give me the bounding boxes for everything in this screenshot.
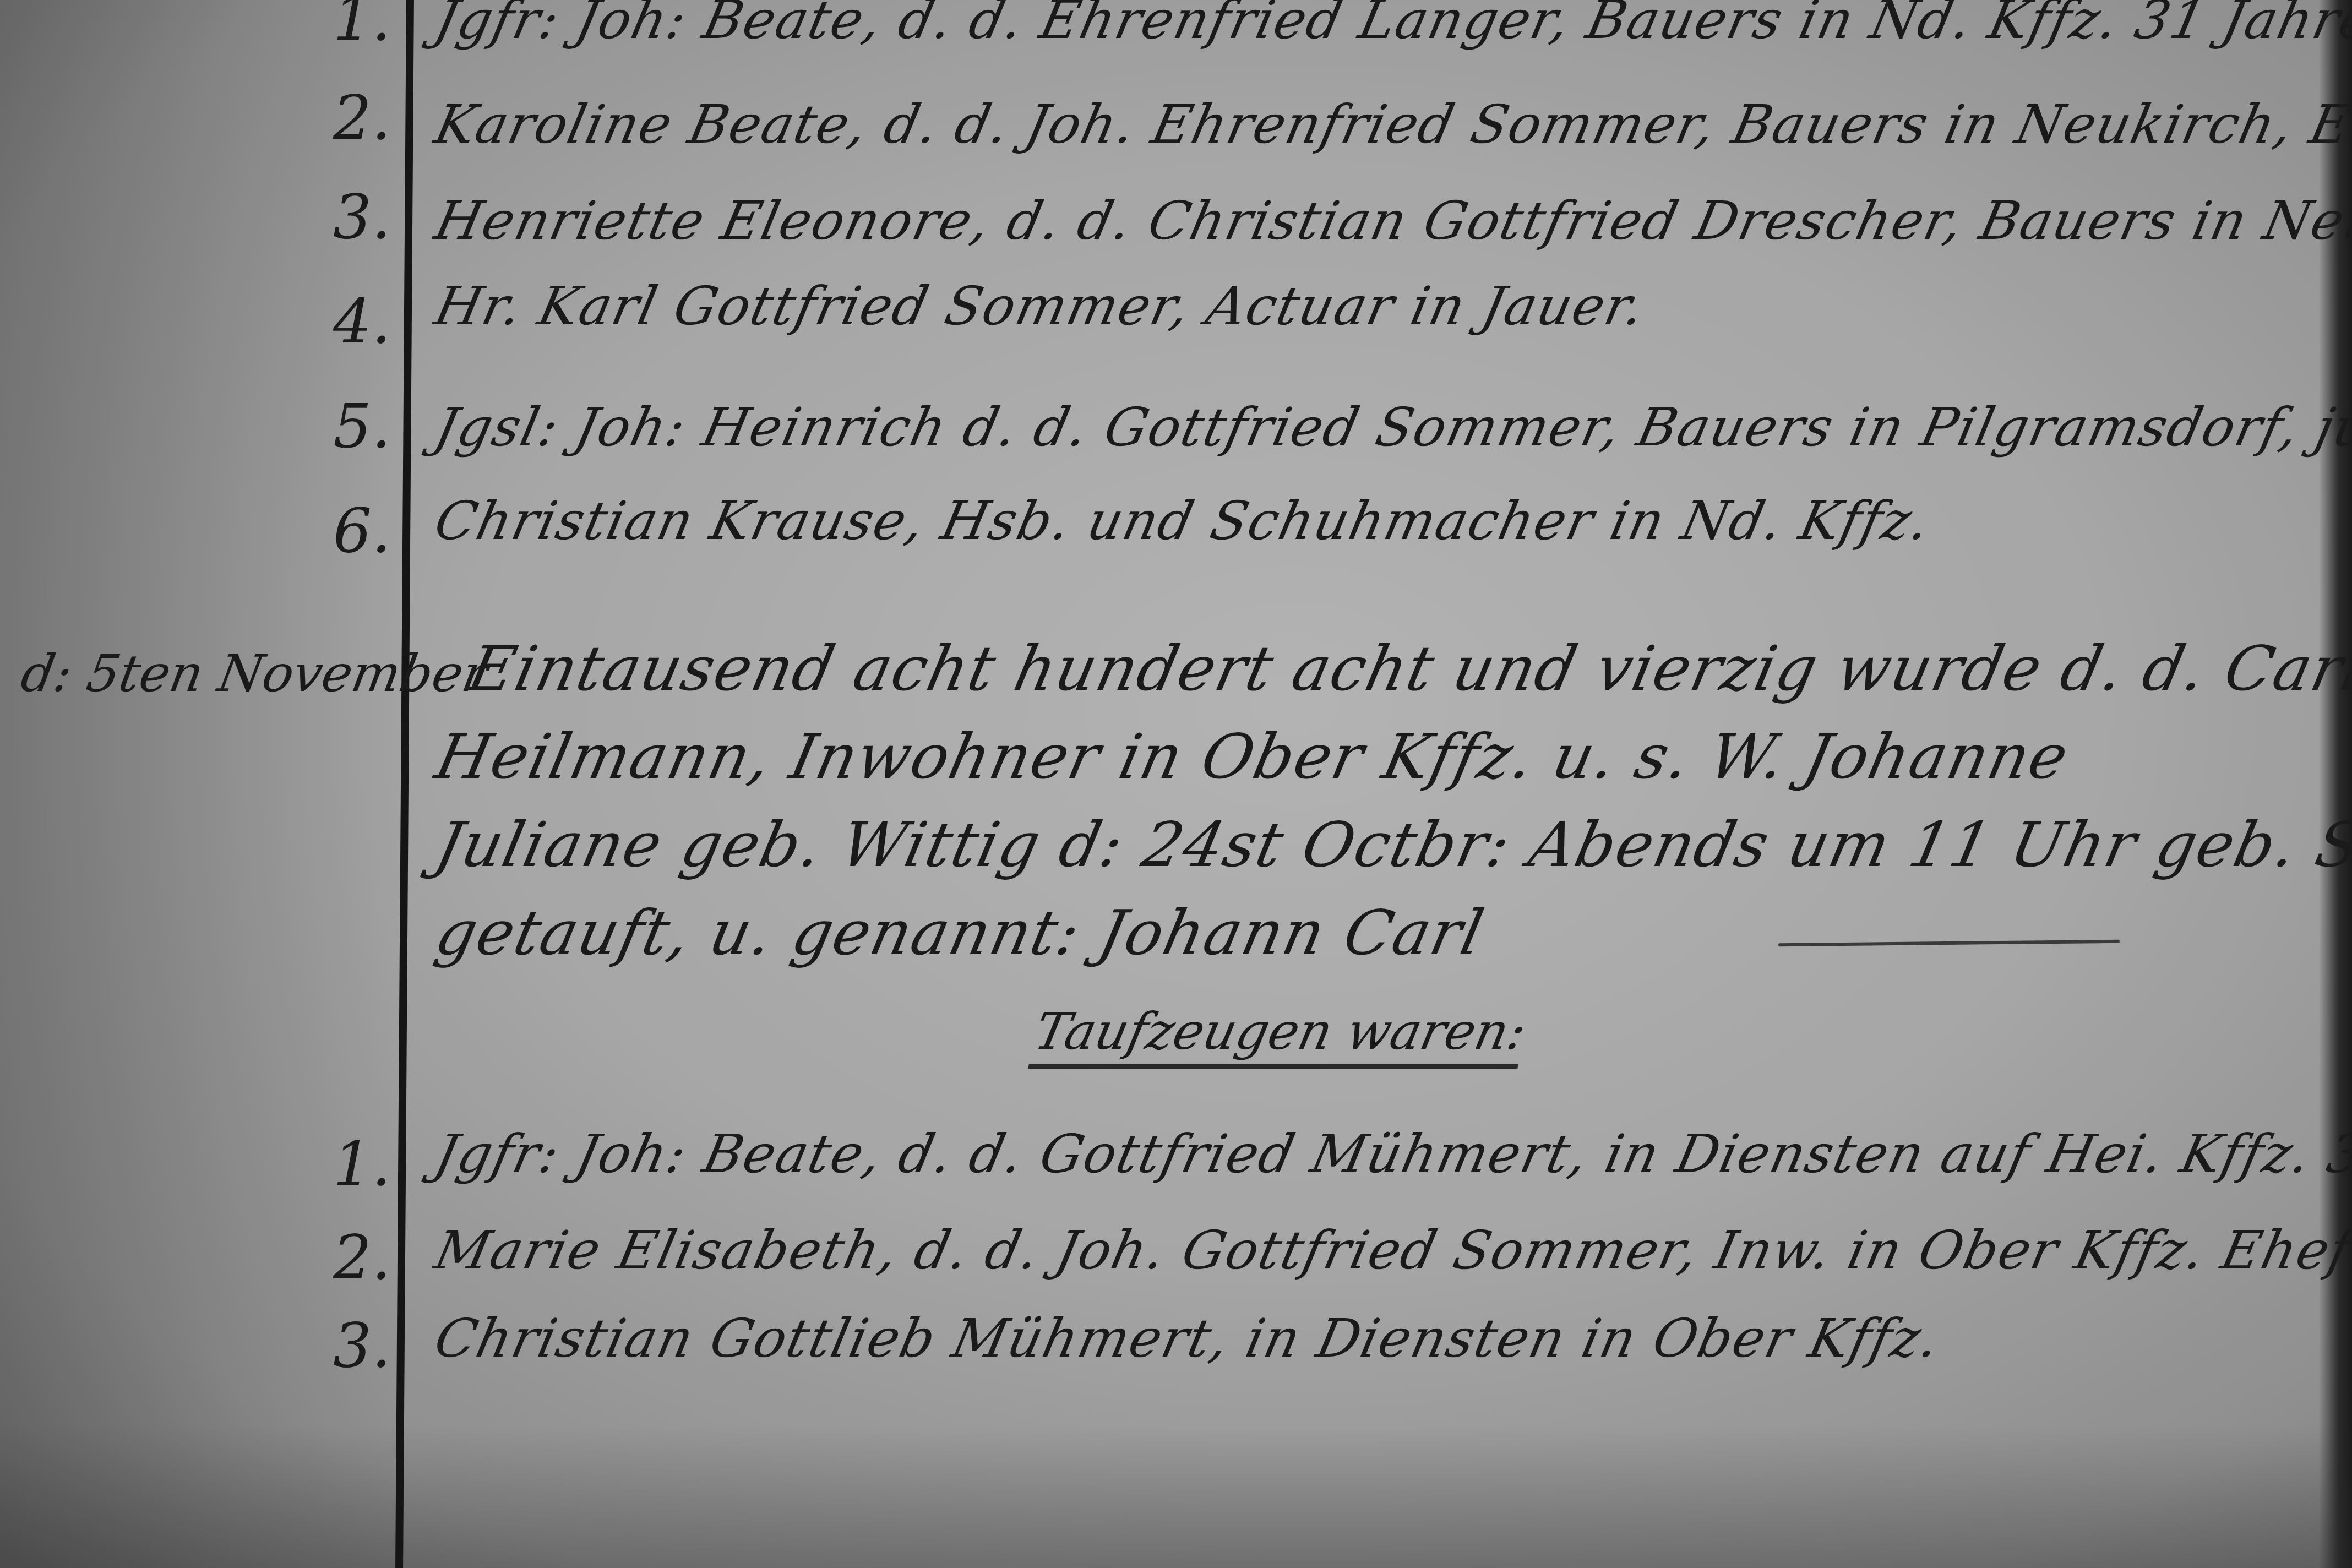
- witness-line: Christian Krause, Hsb. und Schuhmacher i…: [429, 490, 1936, 552]
- entry-text-line: getauft, u. genannt: Johann Carl: [429, 897, 1490, 969]
- entry-date: d: 5ten November: [17, 644, 492, 703]
- witness-line: Hr. Karl Gottfried Sommer, Actuar in Jau…: [429, 275, 1651, 337]
- witness-number: 2.: [325, 1222, 391, 1293]
- witness-line: Marie Elisabeth, d. d. Joh. Gottfried So…: [429, 1219, 2352, 1281]
- witness-number: 1.: [325, 1129, 391, 1199]
- witnesses-heading: Taufzeugen waren:: [1028, 1002, 1531, 1069]
- witness-number: 3.: [325, 1310, 391, 1381]
- witness-number: 4.: [325, 286, 391, 357]
- witness-line: Karoline Beate, d. d. Joh. Ehrenfried So…: [429, 94, 2352, 155]
- witness-number: 3.: [325, 182, 391, 252]
- line-filler-dash: [1778, 940, 2120, 946]
- witness-number: 5.: [325, 391, 391, 461]
- witness-number: 6.: [325, 496, 391, 566]
- witness-line: Jgfr: Joh: Beate, d. d. Gottfried Mühmer…: [429, 1123, 2352, 1185]
- page-bottom-shadow: [0, 1425, 2352, 1568]
- witness-number: 2.: [325, 83, 391, 153]
- witness-number: 1.: [325, 0, 391, 54]
- witness-line: Christian Gottlieb Mühmert, in Diensten …: [429, 1308, 1946, 1369]
- witness-line: Jgsl: Joh: Heinrich d. d. Gottfried Somm…: [429, 396, 2352, 458]
- witness-line: Jgfr: Joh: Beate, d. d. Ehrenfried Lange…: [429, 0, 2352, 51]
- witness-line: Henriette Eleonore, d. d. Christian Gott…: [429, 190, 2352, 252]
- entry-text-line: Eintausend acht hundert acht und vierzig…: [462, 633, 2352, 705]
- entry-text-line: Heilmann, Inwohner in Ober Kffz. u. s. W…: [429, 721, 2075, 793]
- entry-text-line: Juliane geb. Wittig d: 24st Octbr: Abend…: [429, 809, 2352, 881]
